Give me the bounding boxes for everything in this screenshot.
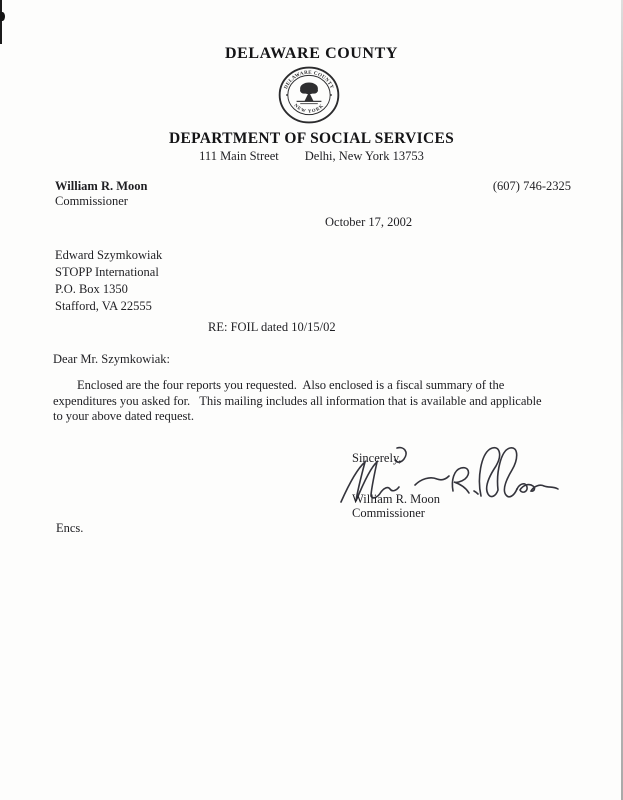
- subject-line: RE: FOIL dated 10/15/02: [208, 320, 336, 335]
- seal-star-left: [286, 94, 288, 96]
- recipient-po-box: P.O. Box 1350: [55, 281, 162, 298]
- scan-artifact-left-line: [0, 0, 2, 44]
- salutation: Dear Mr. Szymkowiak:: [53, 352, 170, 367]
- officer-title: Commissioner: [55, 194, 147, 209]
- body-paragraph: Enclosed are the four reports you reques…: [53, 378, 547, 425]
- department-heading: DEPARTMENT OF SOCIAL SERVICES: [0, 130, 623, 148]
- address-street: 111 Main Street: [199, 149, 279, 163]
- recipient-name: Edward Szymkowiak: [55, 247, 162, 264]
- signed-title: Commissioner: [352, 506, 425, 521]
- seal-bottom-text: NEW YORK: [293, 103, 326, 114]
- county-seal: DELAWARE COUNTY NEW YORK: [278, 66, 340, 124]
- signature: [338, 444, 563, 508]
- address-city: Delhi, New York 13753: [305, 149, 424, 163]
- letter-date: October 17, 2002: [325, 215, 412, 230]
- scan-artifact-left-blob: [0, 12, 5, 21]
- enclosure-note: Encs.: [56, 521, 83, 536]
- officer-name: William R. Moon: [55, 179, 147, 194]
- svg-text:NEW YORK: NEW YORK: [293, 103, 326, 114]
- tree-icon: [297, 82, 322, 104]
- letter-page: DELAWARE COUNTY DELAWARE COUNTY NEW YORK…: [0, 0, 623, 800]
- seal-star-right: [330, 94, 332, 96]
- recipient-organization: STOPP International: [55, 264, 162, 281]
- recipient-address: Edward Szymkowiak STOPP International P.…: [55, 247, 162, 315]
- officer-block: William R. Moon Commissioner: [55, 179, 147, 209]
- letterhead-address: 111 Main StreetDelhi, New York 13753: [0, 149, 623, 164]
- recipient-city-state: Stafford, VA 22555: [55, 298, 162, 315]
- phone-number: (607) 746-2325: [493, 179, 571, 194]
- county-heading: DELAWARE COUNTY: [0, 45, 623, 63]
